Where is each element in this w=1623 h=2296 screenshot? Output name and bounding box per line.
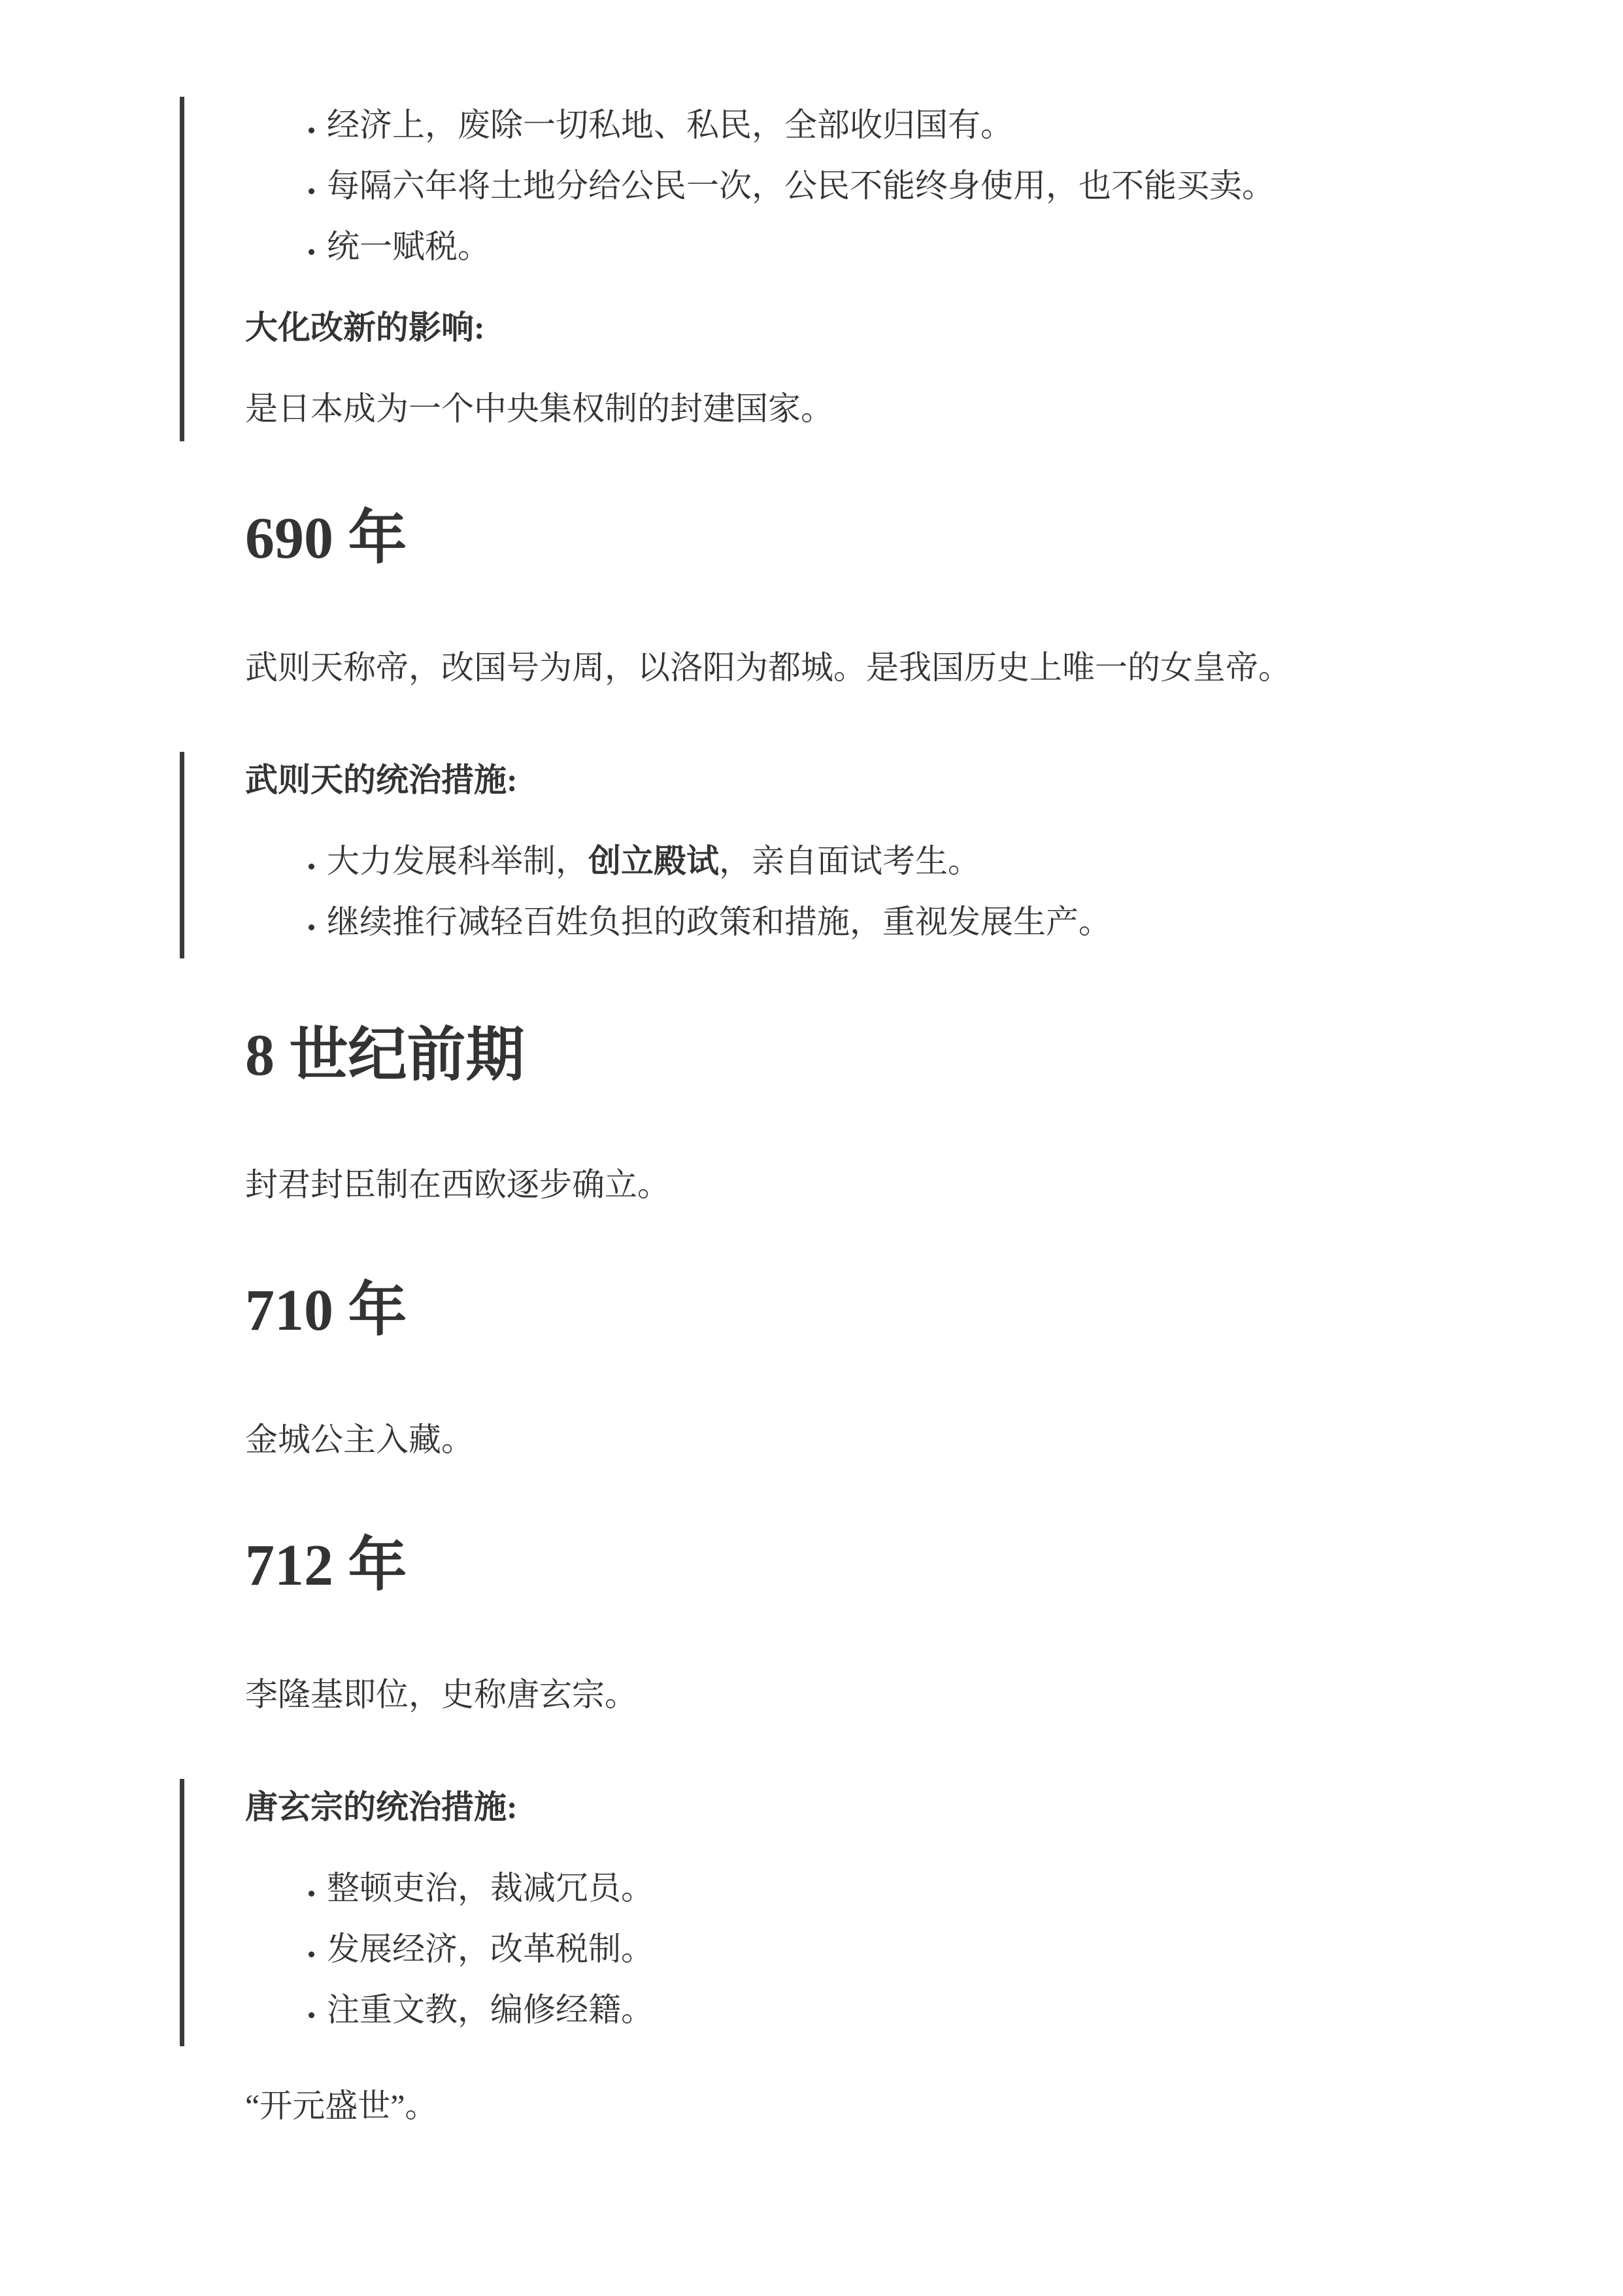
list-item-text: 整顿吏治，裁减冗员。 <box>327 1870 654 1906</box>
note-blockquote-dahua: 经济上，废除一切私地、私民，全部收归国有。 每隔六年将土地分给公民一次，公民不能… <box>180 97 1407 441</box>
tangxuanzong-measures-label: 唐玄宗的统治措施: <box>245 1779 1407 1836</box>
list-item: 大力发展科举制，创立殿试，亲自面试考生。 <box>325 833 1407 890</box>
dahua-measures-list: 经济上，废除一切私地、私民，全部收归国有。 每隔六年将土地分给公民一次，公民不能… <box>245 97 1407 275</box>
bold-label: 唐玄宗的统治措施: <box>245 1789 518 1825</box>
list-item: 整顿吏治，裁减冗员。 <box>325 1860 1407 1917</box>
inline-bold-text: 创立殿试 <box>588 843 719 879</box>
document-page: 经济上，废除一切私地、私民，全部收归国有。 每隔六年将土地分给公民一次，公民不能… <box>0 0 1623 2296</box>
list-item: 发展经济，改革税制。 <box>325 1921 1407 1978</box>
list-item-text: 大力发展科举制， <box>327 843 588 879</box>
tangxuanzong-measures-list: 整顿吏治，裁减冗员。 发展经济，改革税制。 注重文教，编修经籍。 <box>245 1860 1407 2038</box>
bold-label: 大化改新的影响: <box>245 309 485 346</box>
list-item-text: 发展经济，改革税制。 <box>327 1931 654 1967</box>
heading-8th-century: 8 世纪前期 <box>245 1021 1407 1091</box>
dahua-impact-text: 是日本成为一个中央集权制的封建国家。 <box>245 380 1407 437</box>
list-item-text: 每隔六年将土地分给公民一次，公民不能终身使用，也不能买卖。 <box>327 167 1275 204</box>
note-blockquote-wuzetian: 武则天的统治措施: 大力发展科举制，创立殿试，亲自面试考生。 继续推行减轻百姓负… <box>180 752 1407 958</box>
list-item: 每隔六年将土地分给公民一次，公民不能终身使用，也不能买卖。 <box>325 158 1407 214</box>
list-item: 继续推行减轻百姓负担的政策和措施，重视发展生产。 <box>325 894 1407 951</box>
list-item-text: 统一赋税。 <box>327 228 490 265</box>
list-item-text: 继续推行减轻百姓负担的政策和措施，重视发展生产。 <box>327 903 1111 940</box>
heading-712: 712 年 <box>245 1530 1407 1601</box>
list-item-text: 注重文教，编修经籍。 <box>327 1991 654 2028</box>
heading-710: 710 年 <box>245 1275 1407 1346</box>
wuzetian-measures-list: 大力发展科举制，创立殿试，亲自面试考生。 继续推行减轻百姓负担的政策和措施，重视… <box>245 833 1407 951</box>
bold-label: 武则天的统治措施: <box>245 762 518 798</box>
para-kaiyuan: “开元盛世”。 <box>245 2078 1407 2135</box>
para-710: 金城公主入藏。 <box>245 1411 1407 1468</box>
list-item-text: 经济上，废除一切私地、私民，全部收归国有。 <box>327 107 1013 143</box>
dahua-impact-label: 大化改新的影响: <box>245 299 1407 356</box>
para-690: 武则天称帝，改国号为周，以洛阳为都城。是我国历史上唯一的女皇帝。 <box>245 639 1407 696</box>
para-8th-century: 封君封臣制在西欧逐步确立。 <box>245 1156 1407 1213</box>
list-item: 经济上，废除一切私地、私民，全部收归国有。 <box>325 97 1407 154</box>
list-item-text: ，亲自面试考生。 <box>719 843 980 879</box>
list-item: 注重文教，编修经籍。 <box>325 1982 1407 2038</box>
para-712: 李隆基即位，史称唐玄宗。 <box>245 1666 1407 1723</box>
wuzetian-measures-label: 武则天的统治措施: <box>245 752 1407 809</box>
note-blockquote-tangxuanzong: 唐玄宗的统治措施: 整顿吏治，裁减冗员。 发展经济，改革税制。 注重文教，编修经… <box>180 1779 1407 2046</box>
list-item: 统一赋税。 <box>325 218 1407 275</box>
heading-690: 690 年 <box>245 503 1407 574</box>
